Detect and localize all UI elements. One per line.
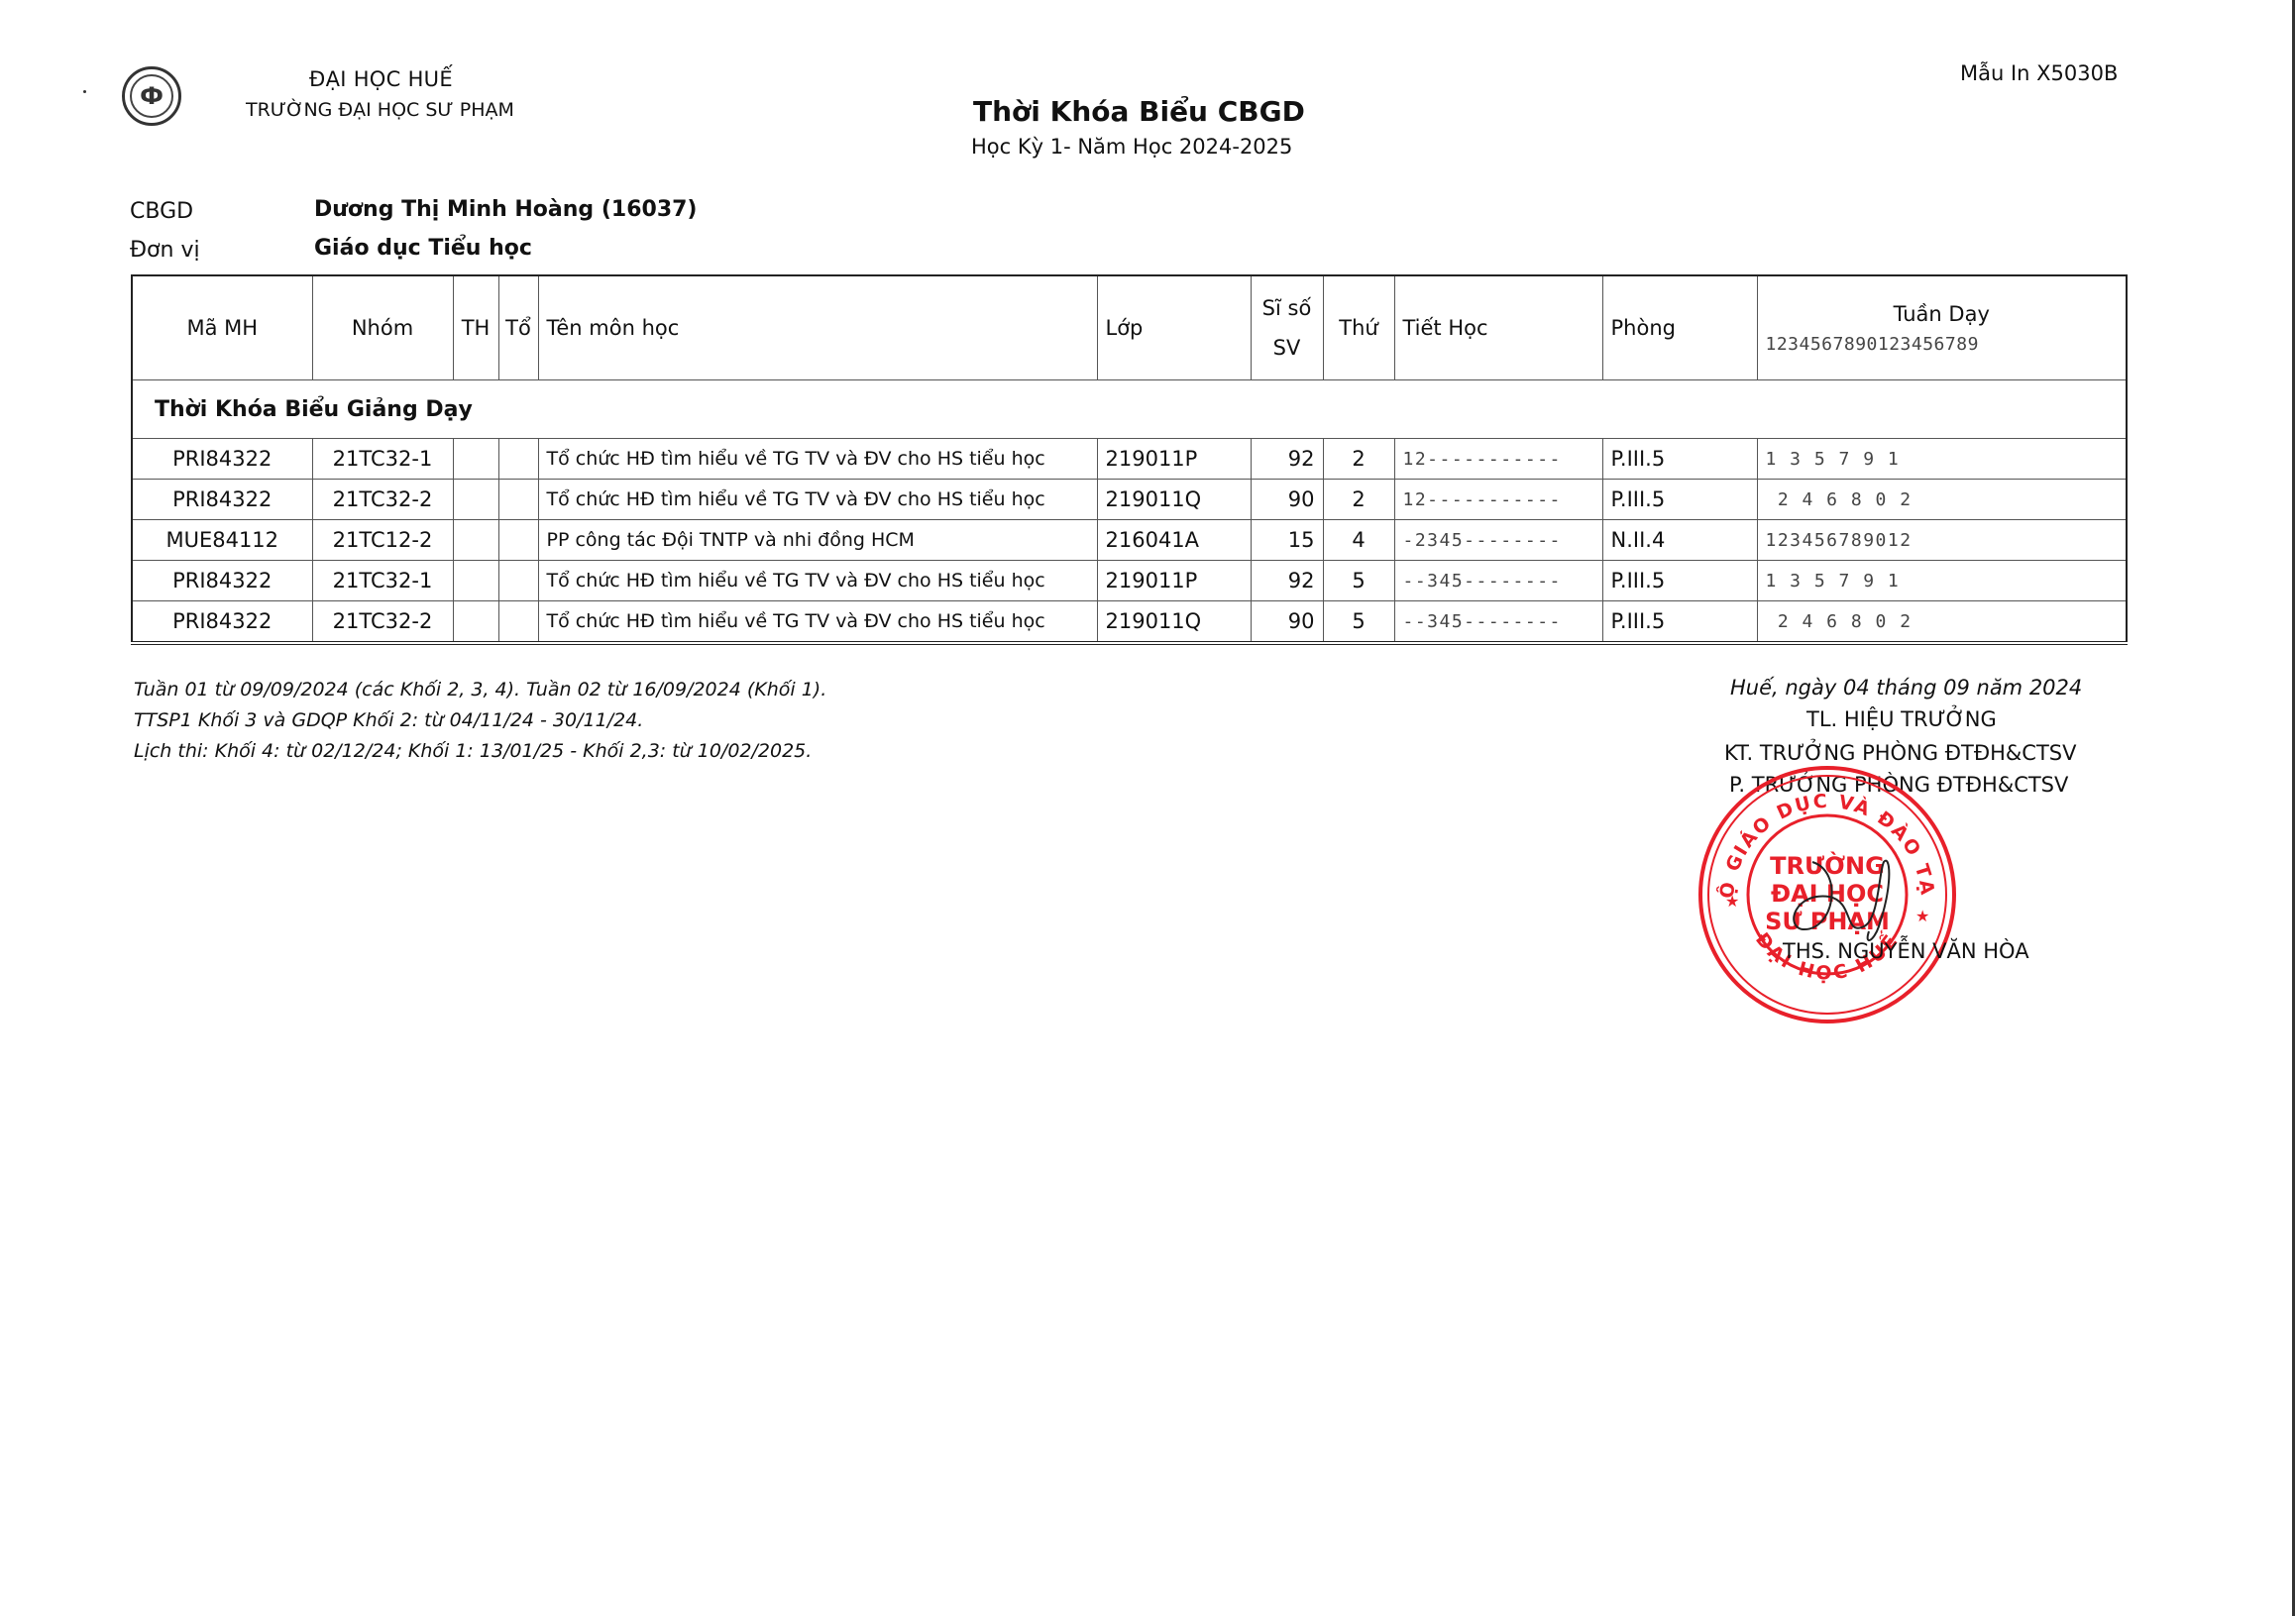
cell-weekday: 2 xyxy=(1323,480,1394,520)
note-line: TTSP1 Khối 3 và GDQP Khối 2: từ 04/11/24… xyxy=(134,709,643,731)
cell-periods: -2345-------- xyxy=(1394,520,1602,561)
table-row: PRI8432221TC32-2Tổ chức HĐ tìm hiểu về T… xyxy=(132,601,2127,644)
cell-course-code: PRI84322 xyxy=(132,601,312,644)
cell-weeks: 123456789012 xyxy=(1757,520,2127,561)
cell-course-code: PRI84322 xyxy=(132,439,312,480)
signer-name: THS. NGUYỄN VĂN HÒA xyxy=(1783,939,2029,963)
weeks-ruler: 1234567890123456789 xyxy=(1766,334,2119,355)
seal-emblem: Ф xyxy=(125,82,178,110)
cell-room: P.III.5 xyxy=(1602,601,1757,644)
cell-group: 21TC32-2 xyxy=(312,480,453,520)
cell-course-code: PRI84322 xyxy=(132,480,312,520)
cell-group: 21TC32-1 xyxy=(312,561,453,601)
col-weeks-label: Tuần Dạy xyxy=(1894,302,1990,326)
cell-periods: 12----------- xyxy=(1394,480,1602,520)
cell-course-name: Tổ chức HĐ tìm hiểu về TG TV và ĐV cho H… xyxy=(538,601,1097,644)
cell-th xyxy=(453,480,498,520)
col-size-line1: Sĩ số xyxy=(1262,296,1312,320)
col-class: Lớp xyxy=(1097,275,1251,380)
section-title: Thời Khóa Biểu Giảng Dạy xyxy=(132,380,2127,439)
cell-class: 219011Q xyxy=(1097,601,1251,644)
cell-th xyxy=(453,601,498,644)
cell-weeks: 1 3 5 7 9 1 xyxy=(1757,561,2127,601)
cell-group: 21TC32-2 xyxy=(312,601,453,644)
cell-to xyxy=(498,601,538,644)
signature-line1: TL. HIỆU TRƯỞNG xyxy=(1806,707,1997,731)
col-size: Sĩ số SV xyxy=(1251,275,1323,380)
cell-size: 92 xyxy=(1251,561,1323,601)
col-th: TH xyxy=(453,275,498,380)
cell-weeks: 1 3 5 7 9 1 xyxy=(1757,439,2127,480)
university-seal-icon: Ф xyxy=(122,66,181,126)
cell-size: 15 xyxy=(1251,520,1323,561)
cell-weeks: 2 4 6 8 0 2 xyxy=(1757,601,2127,644)
col-weekday: Thứ xyxy=(1323,275,1394,380)
cell-weekday: 5 xyxy=(1323,561,1394,601)
cell-size: 90 xyxy=(1251,480,1323,520)
scan-speck xyxy=(83,90,86,93)
cell-weekday: 2 xyxy=(1323,439,1394,480)
col-course-code: Mã MH xyxy=(132,275,312,380)
schedule-table: Mã MH Nhóm TH Tổ Tên môn học Lớp Sĩ số S… xyxy=(131,274,2128,645)
lecturer-label: CBGD xyxy=(130,199,193,224)
col-size-line2: SV xyxy=(1273,336,1301,360)
col-weeks: Tuần Dạy 1234567890123456789 xyxy=(1757,275,2127,380)
cell-class: 219011P xyxy=(1097,561,1251,601)
cell-class: 219011P xyxy=(1097,439,1251,480)
table-row: PRI8432221TC32-1Tổ chức HĐ tìm hiểu về T… xyxy=(132,561,2127,601)
note-line: Tuần 01 từ 09/09/2024 (các Khối 2, 3, 4)… xyxy=(134,679,826,700)
note-line: Lịch thi: Khối 4: từ 02/12/24; Khối 1: 1… xyxy=(134,740,812,762)
cell-course-name: Tổ chức HĐ tìm hiểu về TG TV và ĐV cho H… xyxy=(538,561,1097,601)
cell-group: 21TC12-2 xyxy=(312,520,453,561)
unit-label: Đơn vị xyxy=(130,238,200,263)
table-row: PRI8432221TC32-2Tổ chức HĐ tìm hiểu về T… xyxy=(132,480,2127,520)
cell-size: 90 xyxy=(1251,601,1323,644)
cell-size: 92 xyxy=(1251,439,1323,480)
cell-th xyxy=(453,439,498,480)
cell-course-name: PP công tác Đội TNTP và nhi đồng HCM xyxy=(538,520,1097,561)
cell-group: 21TC32-1 xyxy=(312,439,453,480)
cell-to xyxy=(498,480,538,520)
cell-weekday: 5 xyxy=(1323,601,1394,644)
stamp-star-icon: ★ xyxy=(1725,892,1739,911)
cell-to xyxy=(498,439,538,480)
cell-th xyxy=(453,520,498,561)
cell-class: 216041A xyxy=(1097,520,1251,561)
cell-th xyxy=(453,561,498,601)
table-row: PRI8432221TC32-1Tổ chức HĐ tìm hiểu về T… xyxy=(132,439,2127,480)
cell-periods: --345-------- xyxy=(1394,601,1602,644)
col-room: Phòng xyxy=(1602,275,1757,380)
cell-class: 219011Q xyxy=(1097,480,1251,520)
scan-edge-line xyxy=(2292,0,2295,1616)
official-stamp: BỘ GIÁO DỤC VÀ ĐÀO TẠO ĐẠI HỌC HUẾ TRƯỜN… xyxy=(1695,763,1959,1026)
col-periods: Tiết Học xyxy=(1394,275,1602,380)
cell-to xyxy=(498,561,538,601)
cell-periods: --345-------- xyxy=(1394,561,1602,601)
cell-room: N.II.4 xyxy=(1602,520,1757,561)
col-course-name: Tên môn học xyxy=(538,275,1097,380)
form-code: Mẫu In X5030B xyxy=(1960,61,2118,85)
school-name: TRƯỜNG ĐẠI HỌC SƯ PHẠM xyxy=(246,99,514,121)
signature-line2: KT. TRƯỞNG PHÒNG ĐTĐH&CTSV xyxy=(1724,741,2076,765)
section-row: Thời Khóa Biểu Giảng Dạy xyxy=(132,380,2127,439)
table-header-row: Mã MH Nhóm TH Tổ Tên môn học Lớp Sĩ số S… xyxy=(132,275,2127,380)
cell-room: P.III.5 xyxy=(1602,439,1757,480)
cell-to xyxy=(498,520,538,561)
place-date: Huế, ngày 04 tháng 09 năm 2024 xyxy=(1730,676,2082,700)
cell-course-code: MUE84112 xyxy=(132,520,312,561)
cell-course-name: Tổ chức HĐ tìm hiểu về TG TV và ĐV cho H… xyxy=(538,439,1097,480)
university-name: ĐẠI HỌC HUẾ xyxy=(309,67,453,91)
stamp-center-line2: ĐẠI HỌC xyxy=(1771,880,1884,908)
cell-weeks: 2 4 6 8 0 2 xyxy=(1757,480,2127,520)
lecturer-value: Dương Thị Minh Hoàng (16037) xyxy=(314,197,697,222)
stamp-star-icon: ★ xyxy=(1915,907,1929,925)
page-subtitle: Học Kỳ 1- Năm Học 2024-2025 xyxy=(971,135,1292,159)
page-title: Thời Khóa Biểu CBGD xyxy=(973,95,1305,128)
cell-room: P.III.5 xyxy=(1602,561,1757,601)
cell-periods: 12----------- xyxy=(1394,439,1602,480)
cell-course-code: PRI84322 xyxy=(132,561,312,601)
cell-course-name: Tổ chức HĐ tìm hiểu về TG TV và ĐV cho H… xyxy=(538,480,1097,520)
table-row: MUE8411221TC12-2PP công tác Đội TNTP và … xyxy=(132,520,2127,561)
col-to: Tổ xyxy=(498,275,538,380)
cell-weekday: 4 xyxy=(1323,520,1394,561)
col-group: Nhóm xyxy=(312,275,453,380)
unit-value: Giáo dục Tiểu học xyxy=(314,236,532,261)
cell-room: P.III.5 xyxy=(1602,480,1757,520)
